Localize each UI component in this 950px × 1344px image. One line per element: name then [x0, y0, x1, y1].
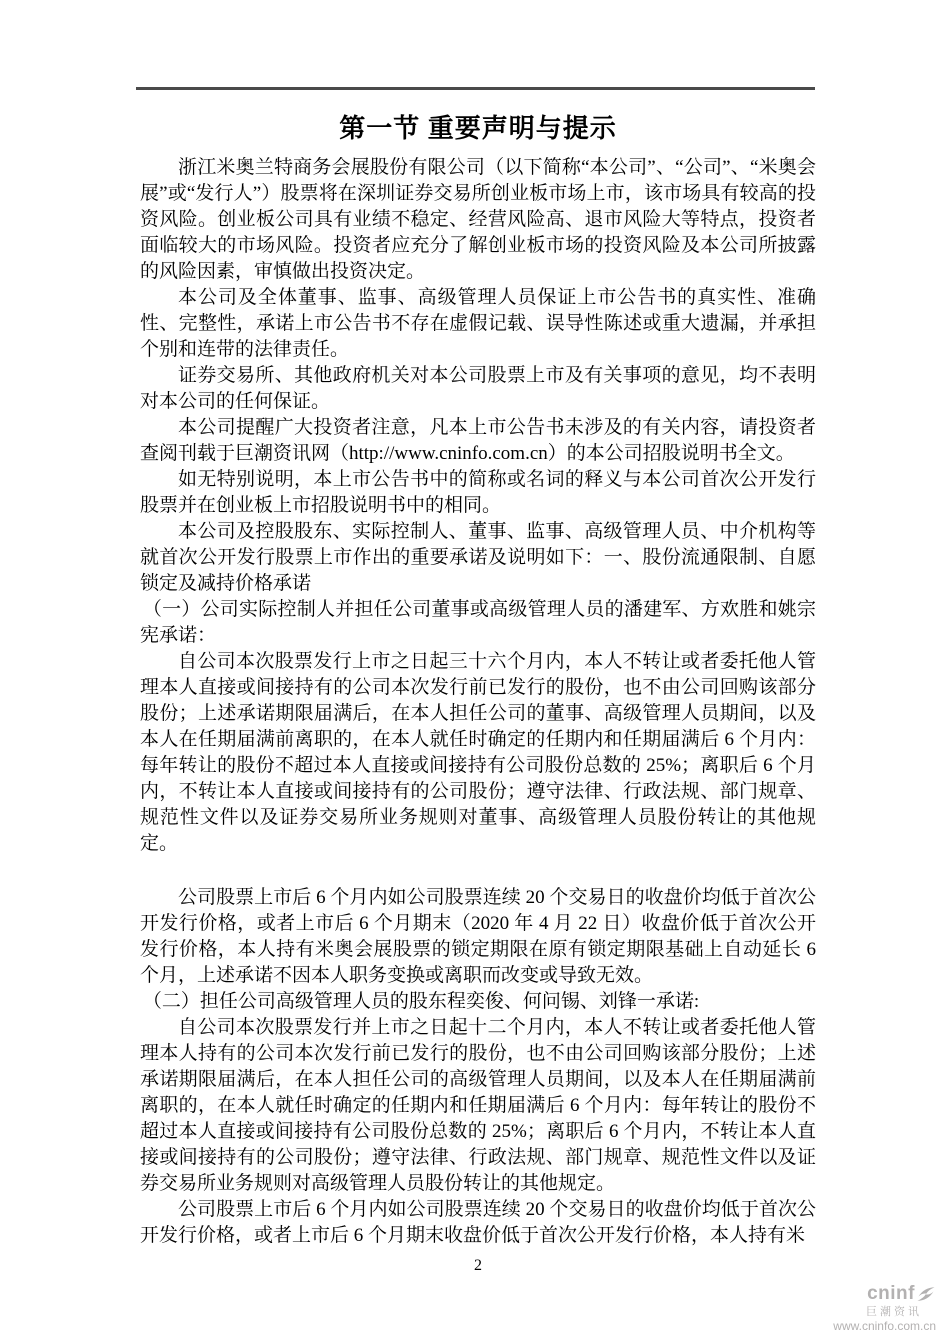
- paragraph-controller-extension: 公司股票上市后 6 个月内如公司股票连续 20 个交易日的收盘价均低于首次公开发…: [140, 885, 816, 989]
- paragraph-risk-notice: 浙江米奥兰特商务会展股份有限公司（以下简称“本公司”、“公司”、“米奥会展”或“…: [140, 155, 816, 285]
- cninfo-swirl-logo-icon: [916, 1284, 936, 1304]
- header-rule: [136, 87, 815, 90]
- cninfo-chinese-name: 巨潮资讯: [833, 1306, 922, 1319]
- page-footer: 2: [140, 1257, 816, 1275]
- paragraph-executives-extension: 公司股票上市后 6 个月内如公司股票连续 20 个交易日的收盘价均低于首次公开发…: [140, 1197, 816, 1249]
- page-number: 2: [474, 1257, 482, 1274]
- cninfo-brand-text: cninf: [867, 1283, 915, 1306]
- cninfo-url: www.cninfo.com.cn: [833, 1319, 936, 1333]
- paragraph-board-guarantee: 本公司及全体董事、监事、高级管理人员保证上市公告书的真实性、准确性、完整性，承诺…: [140, 285, 816, 363]
- paragraph-definitions: 如无特别说明，本上市公告书中的简称或名词的释义与本公司首次公开发行股票并在创业板…: [140, 467, 816, 519]
- paragraph-executives-lockup: 自公司本次股票发行并上市之日起十二个月内，本人不转让或者委托他人管理本人持有的公…: [140, 1015, 816, 1197]
- paragraph-commitments-intro: 本公司及控股股东、实际控制人、董事、监事、高级管理人员、中介机构等就首次公开发行…: [140, 519, 816, 597]
- paragraph-item-2-heading: （二）担任公司高级管理人员的股东程奕俊、何问锡、刘锋一承诺:: [140, 989, 816, 1015]
- paragraph-controller-lockup: 自公司本次股票发行上市之日起三十六个月内，本人不转让或者委托他人管理本人直接或间…: [140, 649, 816, 857]
- cninfo-brand-row: cninf: [833, 1283, 936, 1306]
- document-page: 第一节 重要声明与提示 浙江米奥兰特商务会展股份有限公司（以下简称“本公司”、“…: [0, 0, 950, 1344]
- paragraph-item-1-heading: （一）公司实际控制人并担任公司董事或高级管理人员的潘建军、方欢胜和姚宗宪承诺：: [140, 597, 816, 649]
- cninfo-watermark: cninf 巨潮资讯 www.cninfo.com.cn: [833, 1283, 936, 1333]
- section-title: 第一节 重要声明与提示: [140, 108, 816, 145]
- paragraph-investor-reminder: 本公司提醒广大投资者注意，凡本上市公告书未涉及的有关内容，请投资者查阅刊载于巨潮…: [140, 415, 816, 467]
- paragraph-exchange-opinion: 证券交易所、其他政府机关对本公司股票上市及有关事项的意见，均不表明对本公司的任何…: [140, 363, 816, 415]
- document-body: 第一节 重要声明与提示 浙江米奥兰特商务会展股份有限公司（以下简称“本公司”、“…: [140, 102, 816, 1249]
